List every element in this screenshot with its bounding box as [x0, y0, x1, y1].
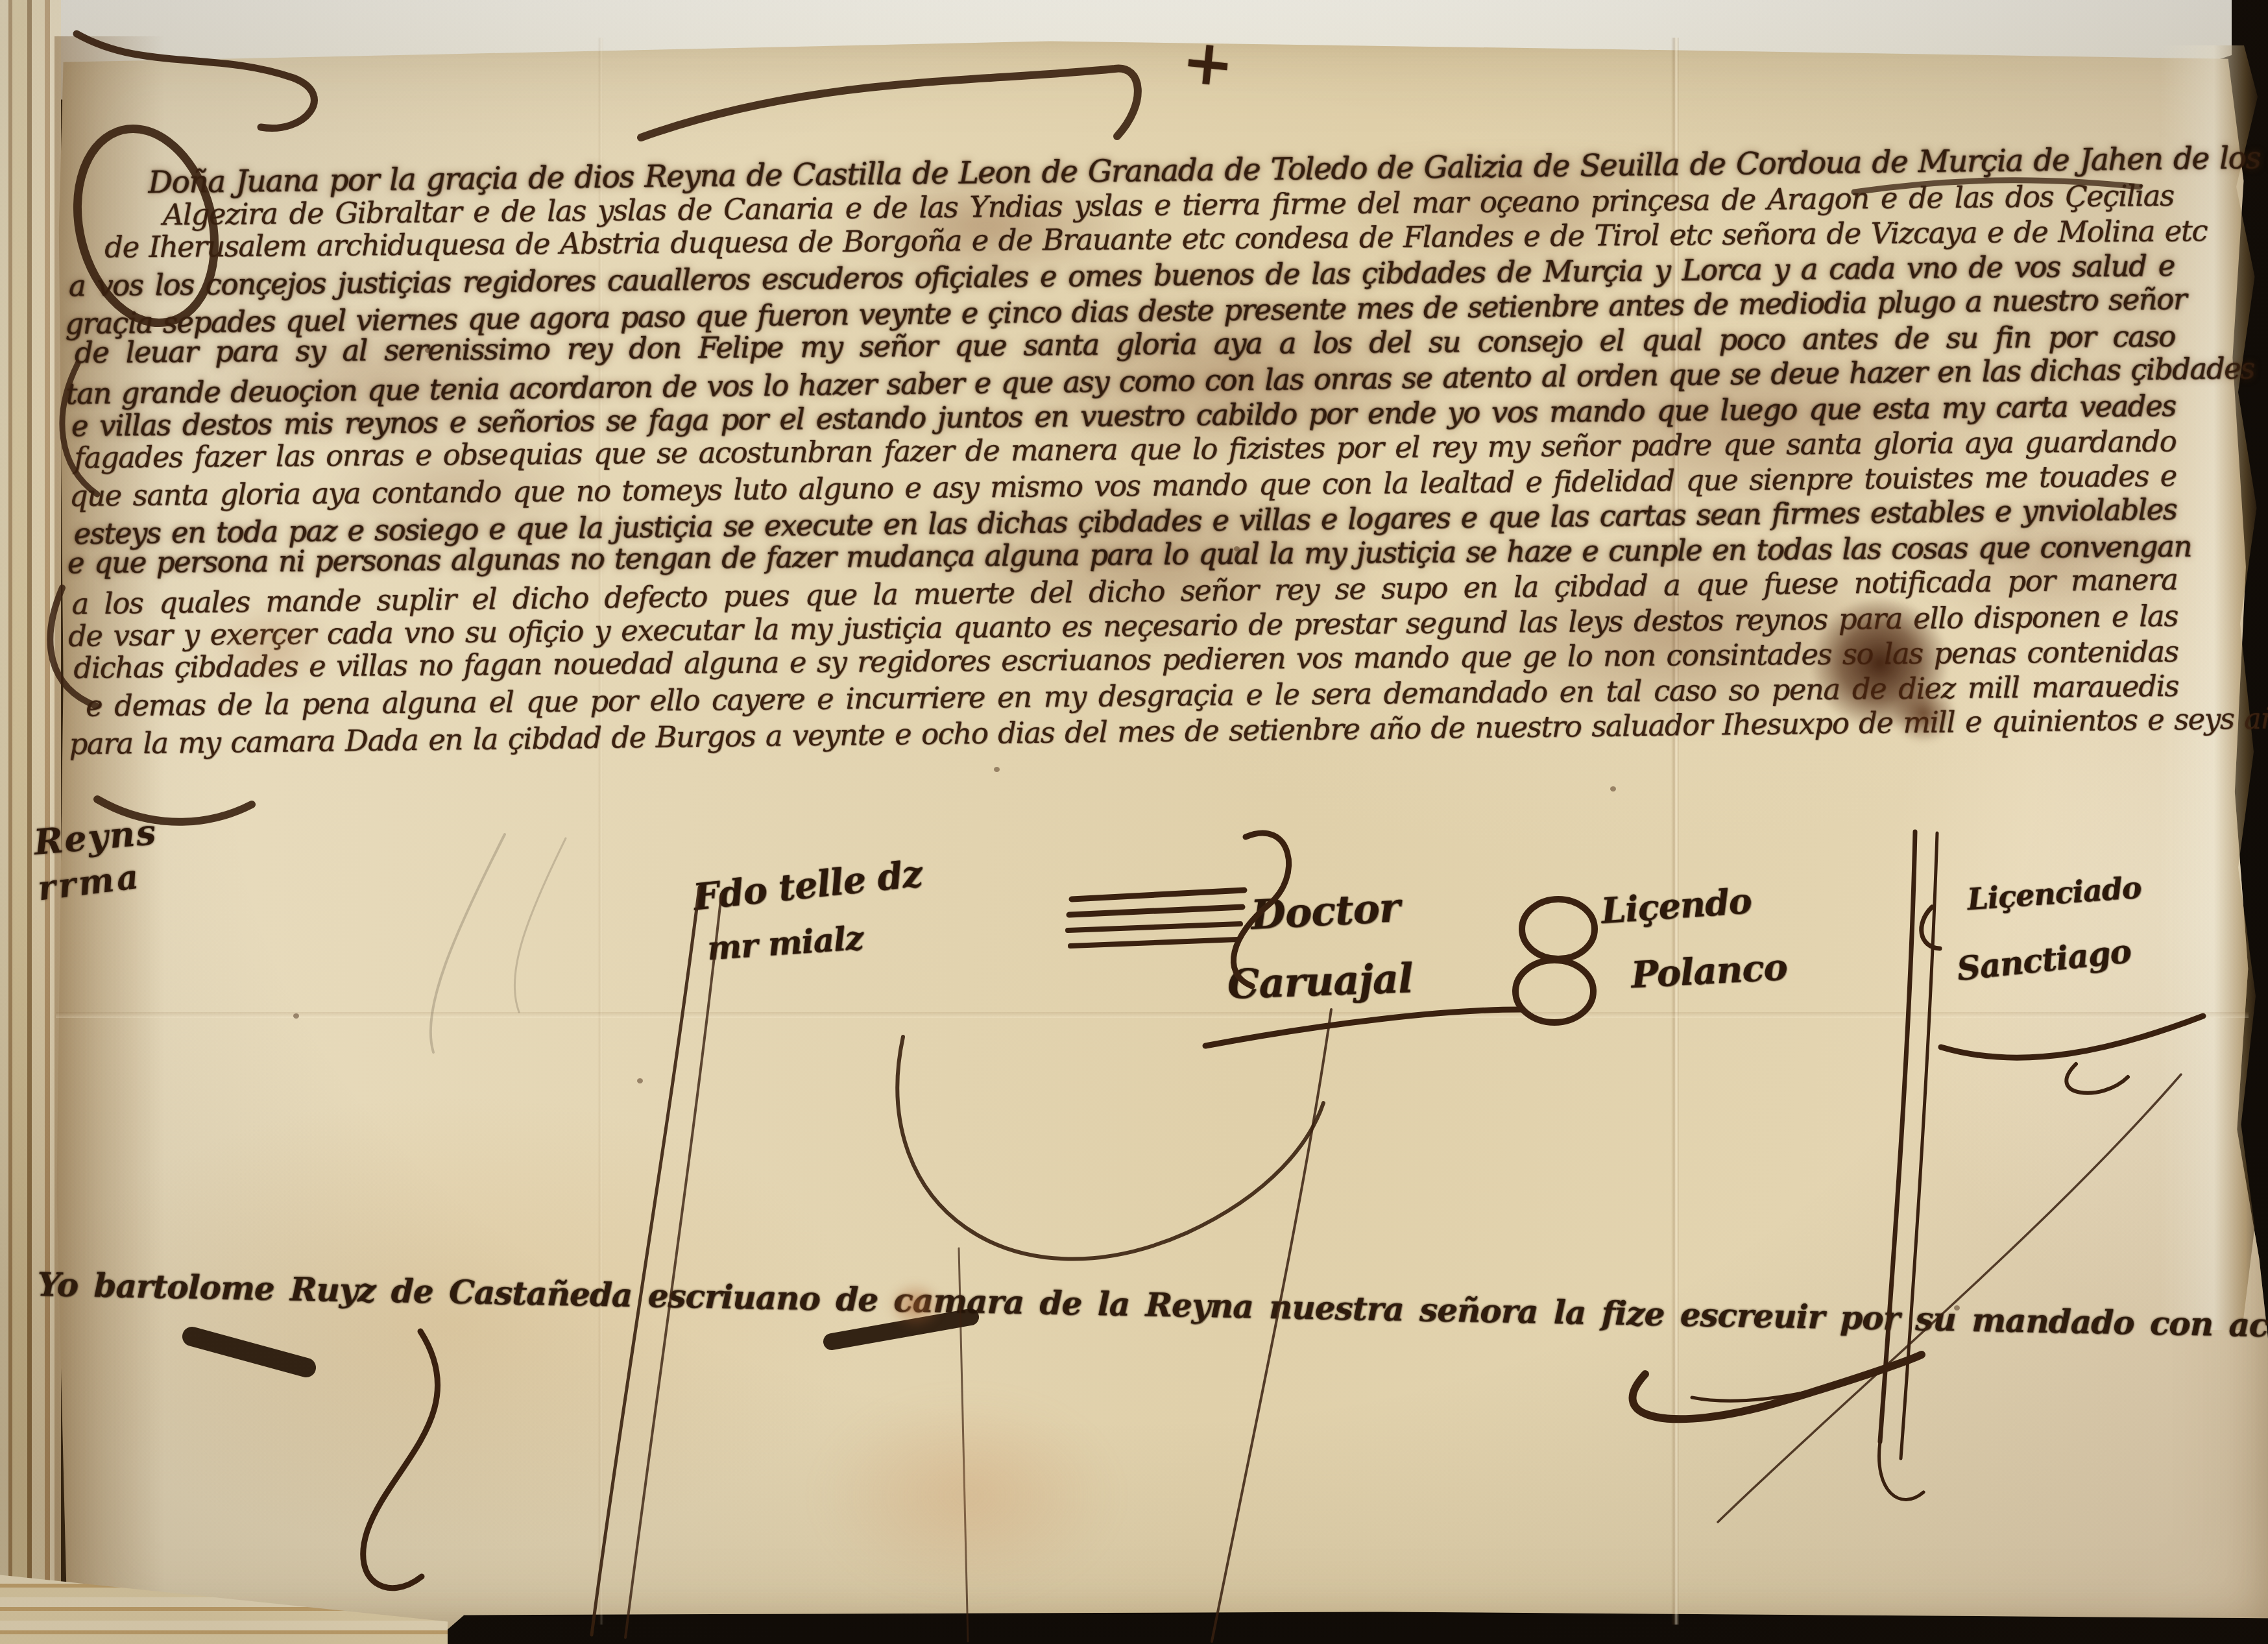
rust-stain-bottom — [817, 1395, 1116, 1596]
invocation-cross: + — [1178, 23, 1238, 102]
ink-fleck — [1610, 786, 1616, 792]
signature-licenciado-polanco-line2: Polanco — [1630, 946, 1788, 997]
rust-stain-small — [887, 1281, 943, 1329]
manuscript-photo: { "document_kind": "Carta real manuscrit… — [0, 0, 2268, 1644]
ink-blot-small — [1891, 684, 1956, 743]
ink-fleck — [1234, 546, 1240, 551]
ink-fleck — [637, 1078, 643, 1083]
signature-doctor-carvajal-line2: Caruajal — [1227, 954, 1414, 1008]
smudge-left — [214, 603, 331, 688]
ink-fleck — [1954, 1305, 1960, 1311]
ink-fleck — [293, 1013, 299, 1019]
signature-doctor-carvajal-line1: Doctor — [1249, 884, 1401, 939]
horizontal-fold-crease — [56, 1012, 2249, 1018]
ink-fleck — [425, 348, 431, 353]
ink-fleck — [1772, 404, 1778, 409]
ink-fleck — [994, 767, 1000, 772]
